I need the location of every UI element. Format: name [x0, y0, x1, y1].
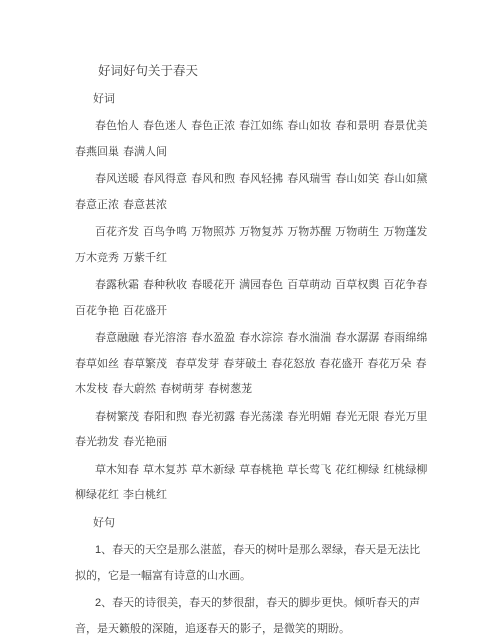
good-words-paragraph: 百花齐发 百鸟争鸣 万物照苏 万物复苏 万物苏醒 万物萌生 万物蓬发 万木竞秀 … [75, 220, 430, 271]
good-words-paragraph: 草木知春 草木复苏 草木新绿 草春桃艳 草长莺飞 花红柳绿 红桃绿柳 柳绿花红 … [75, 458, 430, 509]
section-heading-good-words: 好词 [75, 87, 430, 113]
document-title: 好词好句关于春天 [75, 59, 430, 85]
good-words-paragraph: 春意融融 春光溶溶 春水盈盈 春水淙淙 春水湍湍 春水潺潺 春雨绵绵 春草如丝 … [75, 326, 430, 403]
document-page: 好词好句关于春天 好词 春色怡人 春色迷人 春色正浓 春江如练 春山如妆 春和景… [0, 0, 500, 636]
good-words-paragraph: 春露秋霜 春种秋收 春暖花开 满园春色 百草萌动 百草权舆 百花争春 百花争艳 … [75, 273, 430, 324]
good-words-paragraph: 春风送暖 春风得意 春风和煦 春风轻拂 春风瑞雪 春山如笑 春山如黛 春意正浓 … [75, 167, 430, 218]
good-sentence-paragraph: 1、春天的天空是那么湛蓝，春天的树叶是那么翠绿，春天是无法比拟的，它是一幅富有诗… [75, 538, 430, 589]
good-words-paragraph: 春树繁茂 春阳和煦 春光初露 春光荡漾 春光明媚 春光无限 春光万里 春光勃发 … [75, 405, 430, 456]
good-words-paragraph: 春色怡人 春色迷人 春色正浓 春江如练 春山如妆 春和景明 春景优美 春燕回巢 … [75, 114, 430, 165]
good-sentence-paragraph: 2、春天的诗很美，春天的梦很甜，春天的脚步更快。倾听春天的声音，是天籁般的深随，… [75, 591, 430, 636]
section-heading-good-sentences: 好句 [75, 511, 430, 537]
